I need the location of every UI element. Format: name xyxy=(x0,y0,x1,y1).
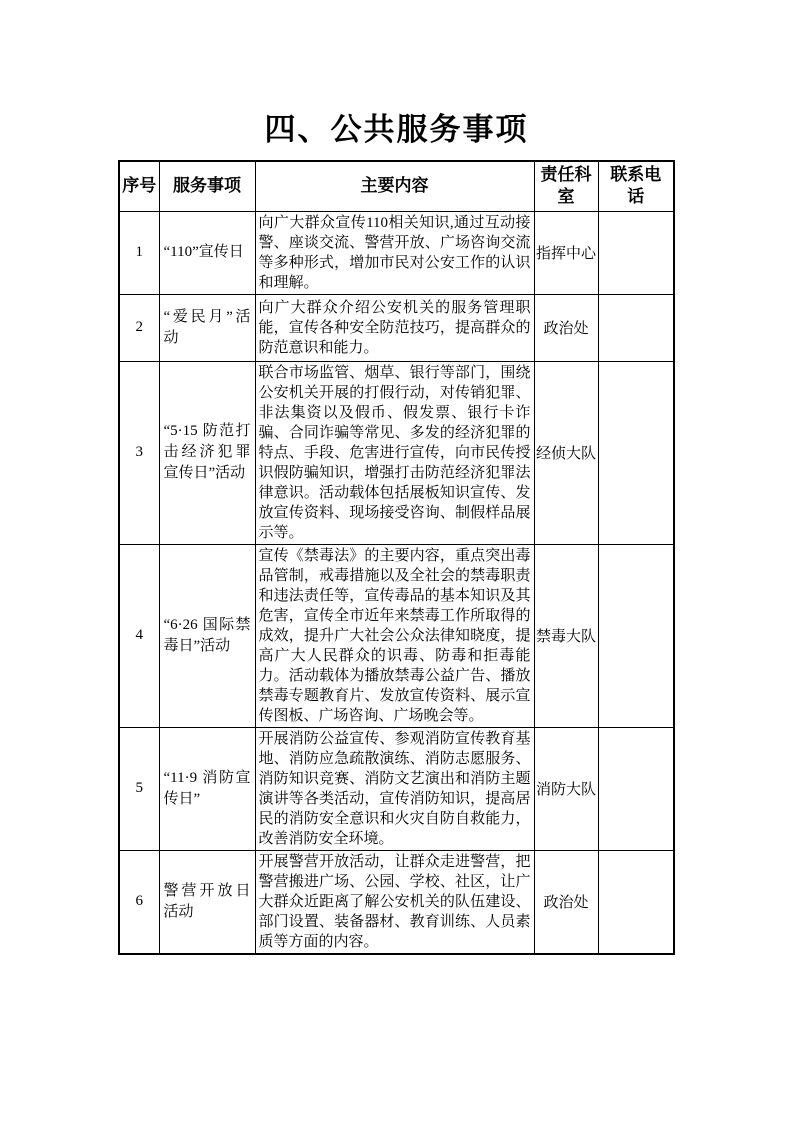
main-content-cell: 联合市场监管、烟草、银行等部门，围绕公安机关开展的打假行动，对传销犯罪、非法集资… xyxy=(255,361,534,544)
document-page: 四、公共服务事项 序号 服务事项 主要内容 责任科室 联系电话 1 “110”宣… xyxy=(0,0,793,1122)
table-row: 5 “11·9 消防宣传日” 开展消防公益宣传、参观消防宣传教育基地、消防应急疏… xyxy=(119,727,674,850)
main-content-cell: 开展警营开放活动，让群众走进警营，把警营搬进广场、公园、学校、社区，让广大群众近… xyxy=(255,850,534,954)
column-header-main-content: 主要内容 xyxy=(255,161,534,211)
department-cell: 消防大队 xyxy=(534,727,598,850)
row-number-cell: 4 xyxy=(119,544,159,727)
department-cell: 政治处 xyxy=(534,294,598,361)
main-content-cell: 开展消防公益宣传、参观消防宣传教育基地、消防应急疏散演练、消防志愿服务、消防知识… xyxy=(255,727,534,850)
main-content-cell: 向广大群众介绍公安机关的服务管理职能，宣传各种安全防范技巧，提高群众的防范意识和… xyxy=(255,294,534,361)
main-content-cell: 向广大群众宣传110相关知识,通过互动接警、座谈交流、警营开放、广场咨询交流等多… xyxy=(255,211,534,294)
row-number-cell: 1 xyxy=(119,211,159,294)
service-item-cell: “6·26 国际禁毒日”活动 xyxy=(159,544,255,727)
page-title: 四、公共服务事项 xyxy=(0,104,793,149)
phone-cell xyxy=(598,727,674,850)
phone-cell xyxy=(598,850,674,954)
table-row: 4 “6·26 国际禁毒日”活动 宣传《禁毒法》的主要内容，重点突出毒品管制，戒… xyxy=(119,544,674,727)
table-row: 6 警营开放日活动 开展警营开放活动，让群众走进警营，把警营搬进广场、公园、学校… xyxy=(119,850,674,954)
row-number-cell: 5 xyxy=(119,727,159,850)
column-header-phone: 联系电话 xyxy=(598,161,674,211)
service-item-cell: 警营开放日活动 xyxy=(159,850,255,954)
row-number-cell: 2 xyxy=(119,294,159,361)
service-item-cell: “爱民月”活动 xyxy=(159,294,255,361)
column-header-department: 责任科室 xyxy=(534,161,598,211)
phone-cell xyxy=(598,211,674,294)
department-cell: 禁毒大队 xyxy=(534,544,598,727)
service-item-cell: “11·9 消防宣传日” xyxy=(159,727,255,850)
phone-cell xyxy=(598,361,674,544)
service-item-cell: “110”宣传日 xyxy=(159,211,255,294)
department-cell: 指挥中心 xyxy=(534,211,598,294)
department-cell: 经侦大队 xyxy=(534,361,598,544)
phone-cell xyxy=(598,544,674,727)
table-row: 2 “爱民月”活动 向广大群众介绍公安机关的服务管理职能，宣传各种安全防范技巧，… xyxy=(119,294,674,361)
row-number-cell: 6 xyxy=(119,850,159,954)
table-row: 3 “5·15 防范打击经济犯罪宣传日”活动 联合市场监管、烟草、银行等部门，围… xyxy=(119,361,674,544)
column-header-number: 序号 xyxy=(119,161,159,211)
table-header-row: 序号 服务事项 主要内容 责任科室 联系电话 xyxy=(119,161,674,211)
phone-cell xyxy=(598,294,674,361)
service-item-cell: “5·15 防范打击经济犯罪宣传日”活动 xyxy=(159,361,255,544)
column-header-service-item: 服务事项 xyxy=(159,161,255,211)
service-items-table: 序号 服务事项 主要内容 责任科室 联系电话 1 “110”宣传日 向广大群众宣… xyxy=(118,160,675,955)
row-number-cell: 3 xyxy=(119,361,159,544)
department-cell: 政治处 xyxy=(534,850,598,954)
main-content-cell: 宣传《禁毒法》的主要内容，重点突出毒品管制，戒毒措施以及全社会的禁毒职责和违法责… xyxy=(255,544,534,727)
table-row: 1 “110”宣传日 向广大群众宣传110相关知识,通过互动接警、座谈交流、警营… xyxy=(119,211,674,294)
